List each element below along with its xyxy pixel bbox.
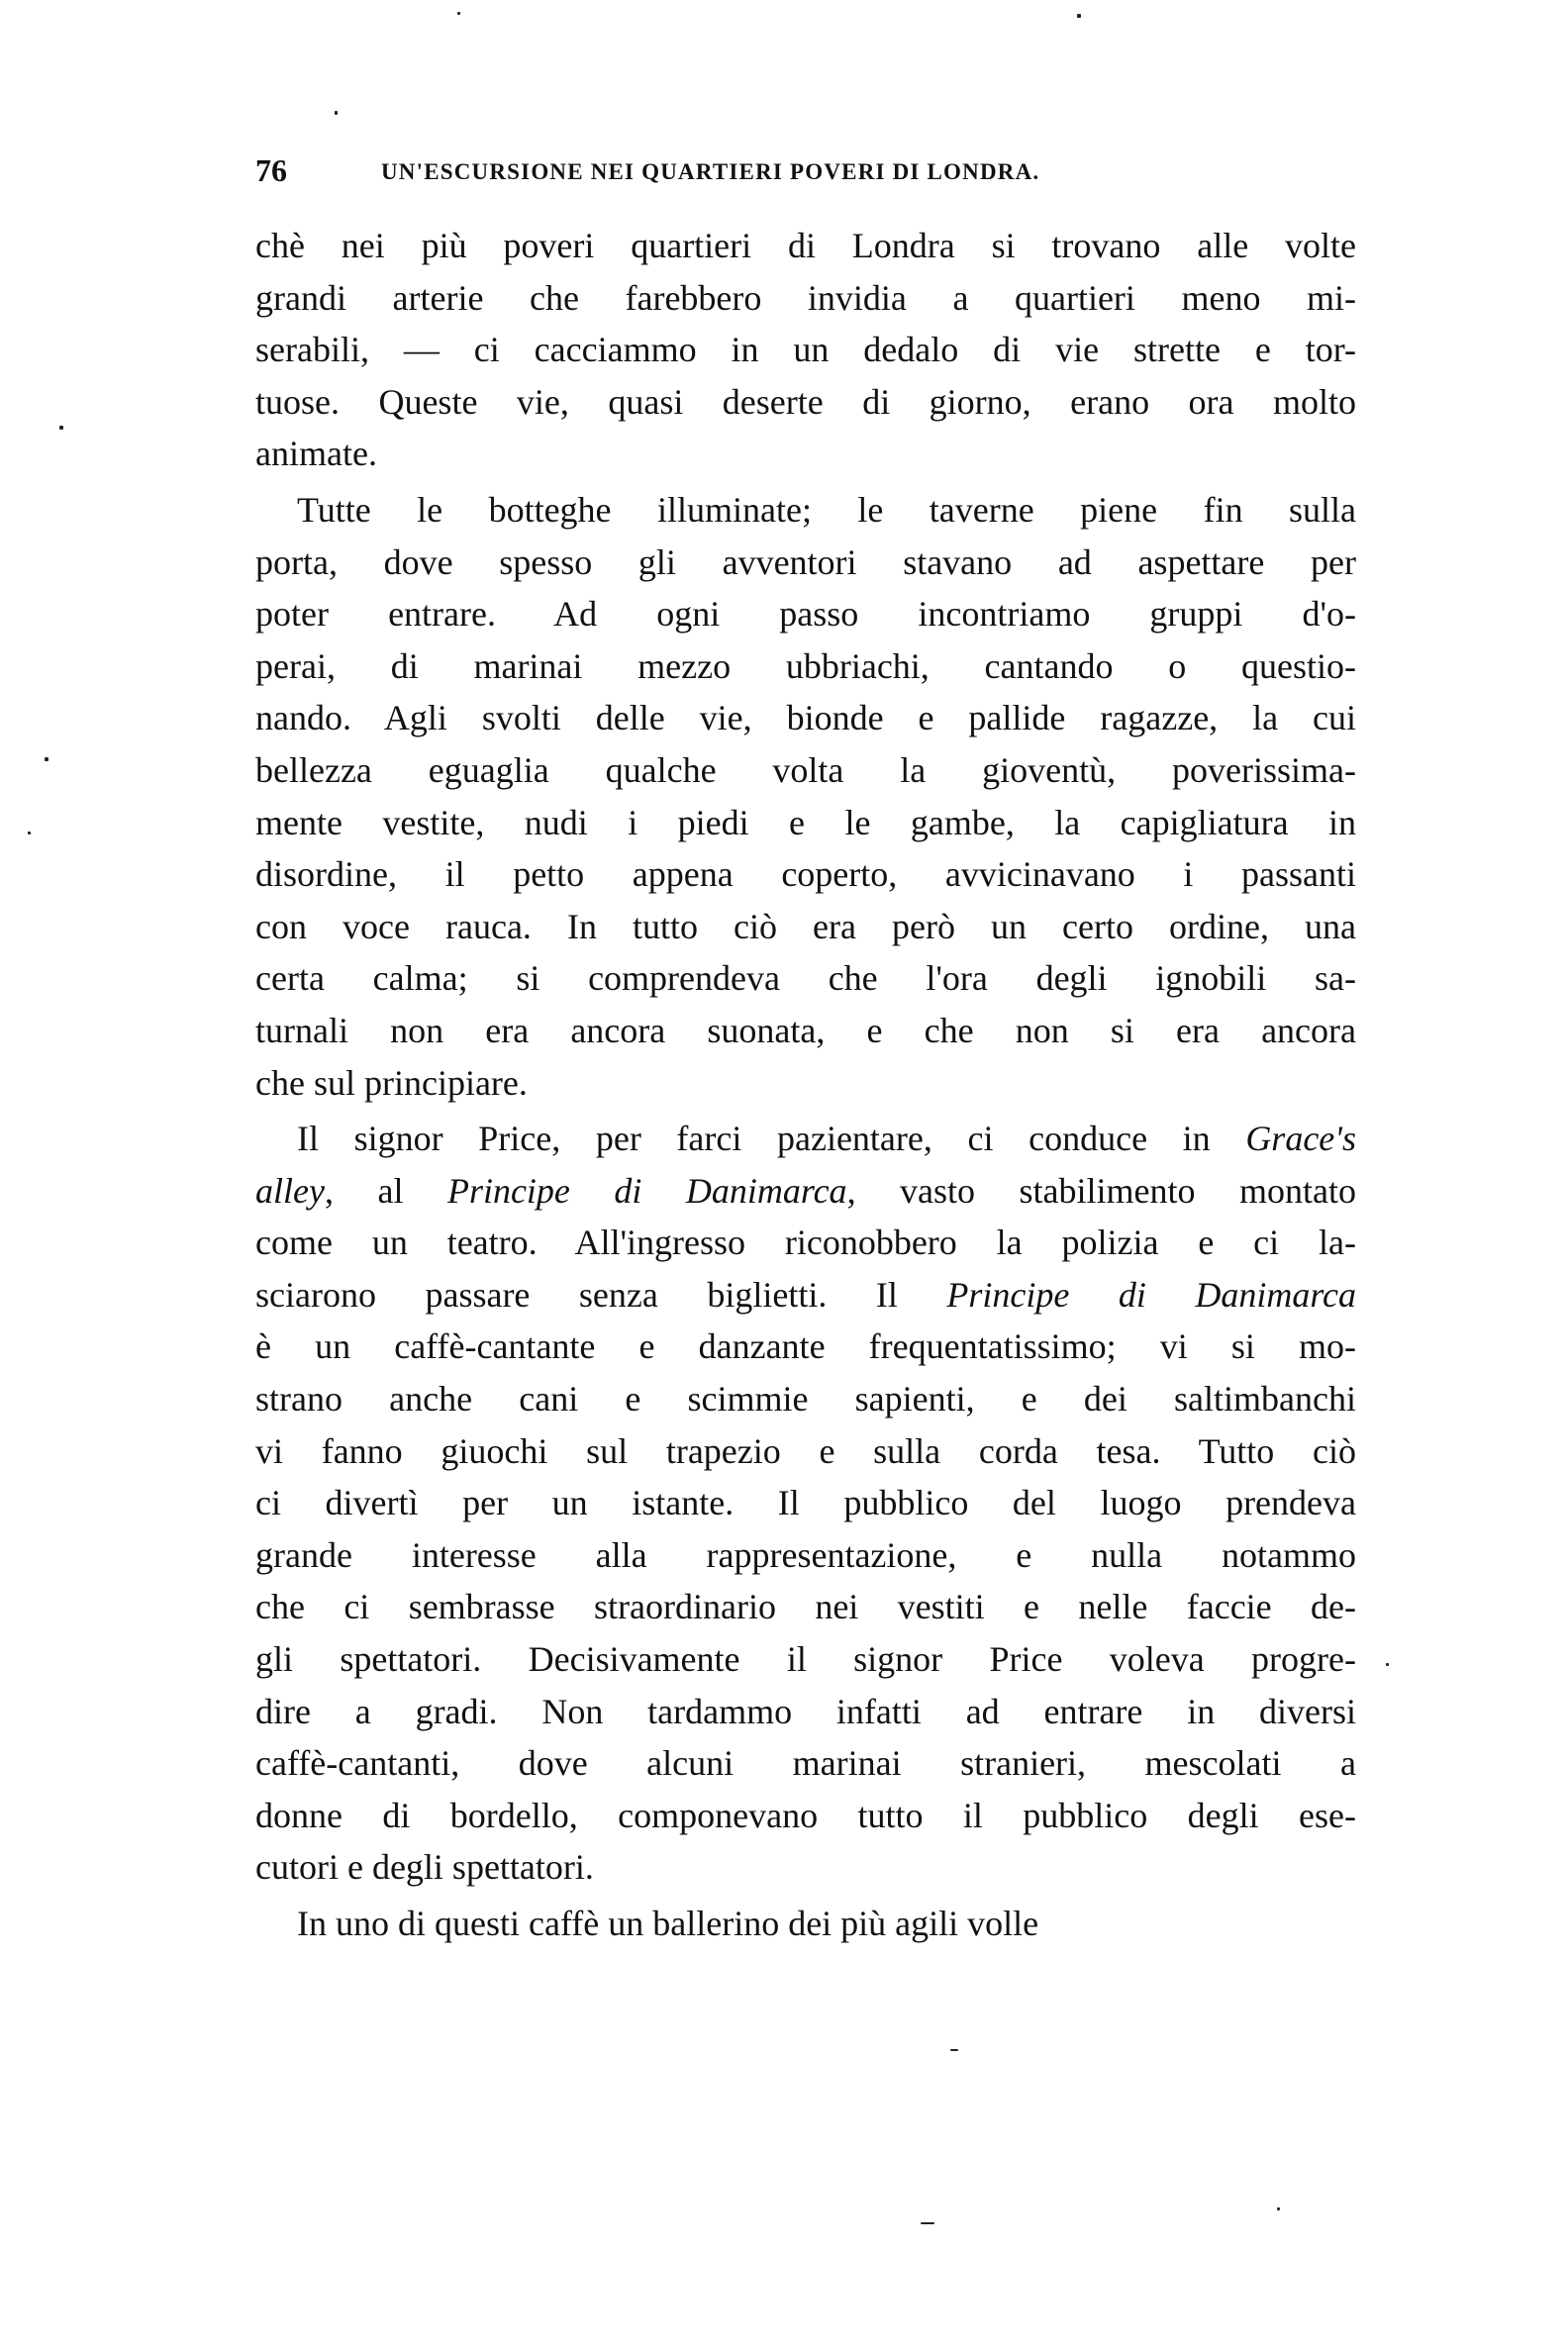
text-line: turnali non era ancora suonata, e che no… (255, 1005, 1356, 1057)
text-line: mente vestite, nudi i piedi e le gambe, … (255, 797, 1356, 849)
text-line: sciarono passare senza biglietti. Il Pri… (255, 1269, 1356, 1322)
text-line: perai, di marinai mezzo ubbriachi, canta… (255, 640, 1356, 693)
text-line: bellezza eguaglia qualche volta la giove… (255, 744, 1356, 797)
text-line: In uno di questi caffè un ballerino dei … (255, 1898, 1356, 1950)
text-line: poter entrare. Ad ogni passo incontriamo… (255, 588, 1356, 640)
page-number: 76 (255, 150, 287, 190)
text-line: grande interesse alla rappresentazione, … (255, 1529, 1356, 1582)
text-line: alley, al Principe di Danimarca, vasto s… (255, 1165, 1356, 1218)
text-line: cutori e degli spettatori. (255, 1841, 1356, 1894)
italic-title: Principe di Danimarca (447, 1171, 847, 1211)
paragraph-3: Il signor Price, per farci pazientare, c… (255, 1113, 1356, 1894)
italic-title: alley (255, 1171, 325, 1211)
text-line: grandi arterie che farebbero invidia a q… (255, 272, 1356, 325)
text-line: gli spettatori. Decisivamente il signor … (255, 1633, 1356, 1686)
text-line: è un caffè-cantante e danzante frequenta… (255, 1321, 1356, 1373)
text-line: disordine, il petto appena coperto, avvi… (255, 848, 1356, 901)
scan-speck (45, 757, 49, 761)
text-line: vi fanno giuochi sul trapezio e sulla co… (255, 1425, 1356, 1478)
paragraph-2: Tutte le botteghe illuminate; le taverne… (255, 484, 1356, 1109)
text-line: dire a gradi. Non tardammo infatti ad en… (255, 1686, 1356, 1738)
scan-speck (28, 832, 31, 834)
text-line: donne di bordello, componevano tutto il … (255, 1790, 1356, 1842)
text-line: caffè-cantanti, dove alcuni marinai stra… (255, 1737, 1356, 1790)
italic-title: Principe di Danimarca (946, 1275, 1356, 1315)
text-line: strano anche cani e scimmie sapienti, e … (255, 1373, 1356, 1425)
page-header: 76 UN'ESCURSIONE NEI QUARTIERI POVERI DI… (255, 150, 1356, 190)
running-head: UN'ESCURSIONE NEI QUARTIERI POVERI DI LO… (381, 152, 1039, 192)
body-text: chè nei più poveri quartieri di Londra s… (255, 220, 1356, 1950)
paragraph-4: In uno di questi caffè un ballerino dei … (255, 1898, 1356, 1950)
text-line: tuose. Queste vie, quasi deserte di gior… (255, 376, 1356, 429)
scan-speck (457, 12, 460, 15)
text-line: che sul principiare. (255, 1057, 1356, 1110)
italic-title: Grace's (1245, 1119, 1356, 1158)
text-line: che ci sembrasse straordinario nei vesti… (255, 1581, 1356, 1633)
text-line: porta, dove spesso gli avventori stavano… (255, 537, 1356, 589)
text-line: animate. (255, 428, 1356, 480)
text-line: nando. Agli svolti delle vie, bionde e p… (255, 692, 1356, 744)
text-line: come un teatro. All'ingresso riconobbero… (255, 1217, 1356, 1269)
scan-speck (1077, 14, 1081, 18)
scan-speck (1386, 1663, 1389, 1666)
scan-speck (950, 2049, 958, 2051)
text-line: Il signor Price, per farci pazientare, c… (255, 1113, 1356, 1165)
text-line: serabili, — ci cacciammo in un dedalo di… (255, 324, 1356, 376)
text-line: chè nei più poveri quartieri di Londra s… (255, 220, 1356, 272)
text-line: Tutte le botteghe illuminate; le taverne… (255, 484, 1356, 537)
scan-speck (59, 426, 63, 430)
text-line: con voce rauca. In tutto ciò era però un… (255, 901, 1356, 953)
text-line: certa calma; si comprendeva che l'ora de… (255, 952, 1356, 1005)
scan-speck (335, 111, 338, 115)
scan-speck (921, 2222, 934, 2224)
paragraph-1: chè nei più poveri quartieri di Londra s… (255, 220, 1356, 480)
text-line: ci divertì per un istante. Il pubblico d… (255, 1477, 1356, 1529)
scan-speck (1277, 2207, 1280, 2210)
